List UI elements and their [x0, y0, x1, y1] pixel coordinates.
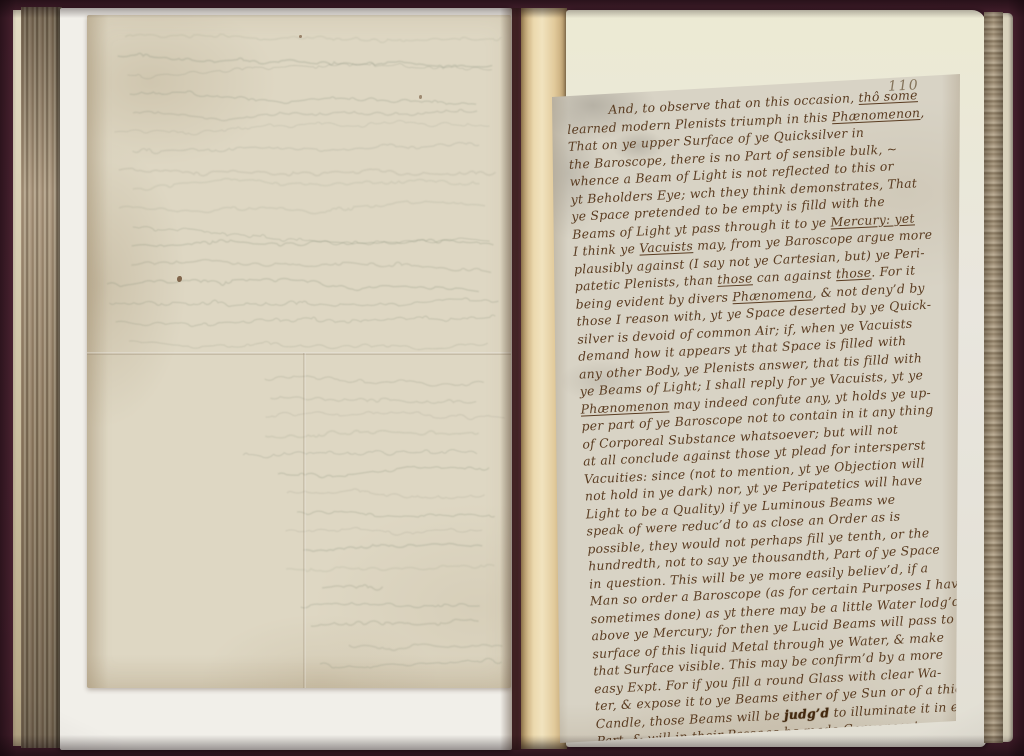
right-fore-edge-texture	[984, 12, 1003, 743]
right-inner-page-edge	[1003, 13, 1013, 742]
blotted-word: judg’d	[784, 705, 830, 722]
left-fore-edge-texture	[21, 7, 62, 748]
manuscript-photo: { "left_page": { "content_note": "illegi…	[0, 0, 1024, 756]
left-manuscript-leaf	[87, 15, 511, 688]
manuscript-text-block: And, to observe that on this occasion, t…	[566, 84, 983, 749]
underlined-word: Phænomenon	[831, 105, 920, 124]
gutter-shadow	[500, 8, 522, 750]
horizontal-fold-crease	[87, 352, 511, 355]
vertical-fold-crease	[303, 353, 306, 688]
underlined-word: those	[717, 270, 753, 287]
underlined-word: thô some	[858, 87, 918, 105]
right-manuscript-leaf: 110 And, to observe that on this occasio…	[552, 72, 962, 744]
underlined-word: those	[836, 265, 872, 282]
underlined-word: Phænomena	[732, 285, 813, 304]
underlined-word: Vacuists	[639, 238, 693, 256]
